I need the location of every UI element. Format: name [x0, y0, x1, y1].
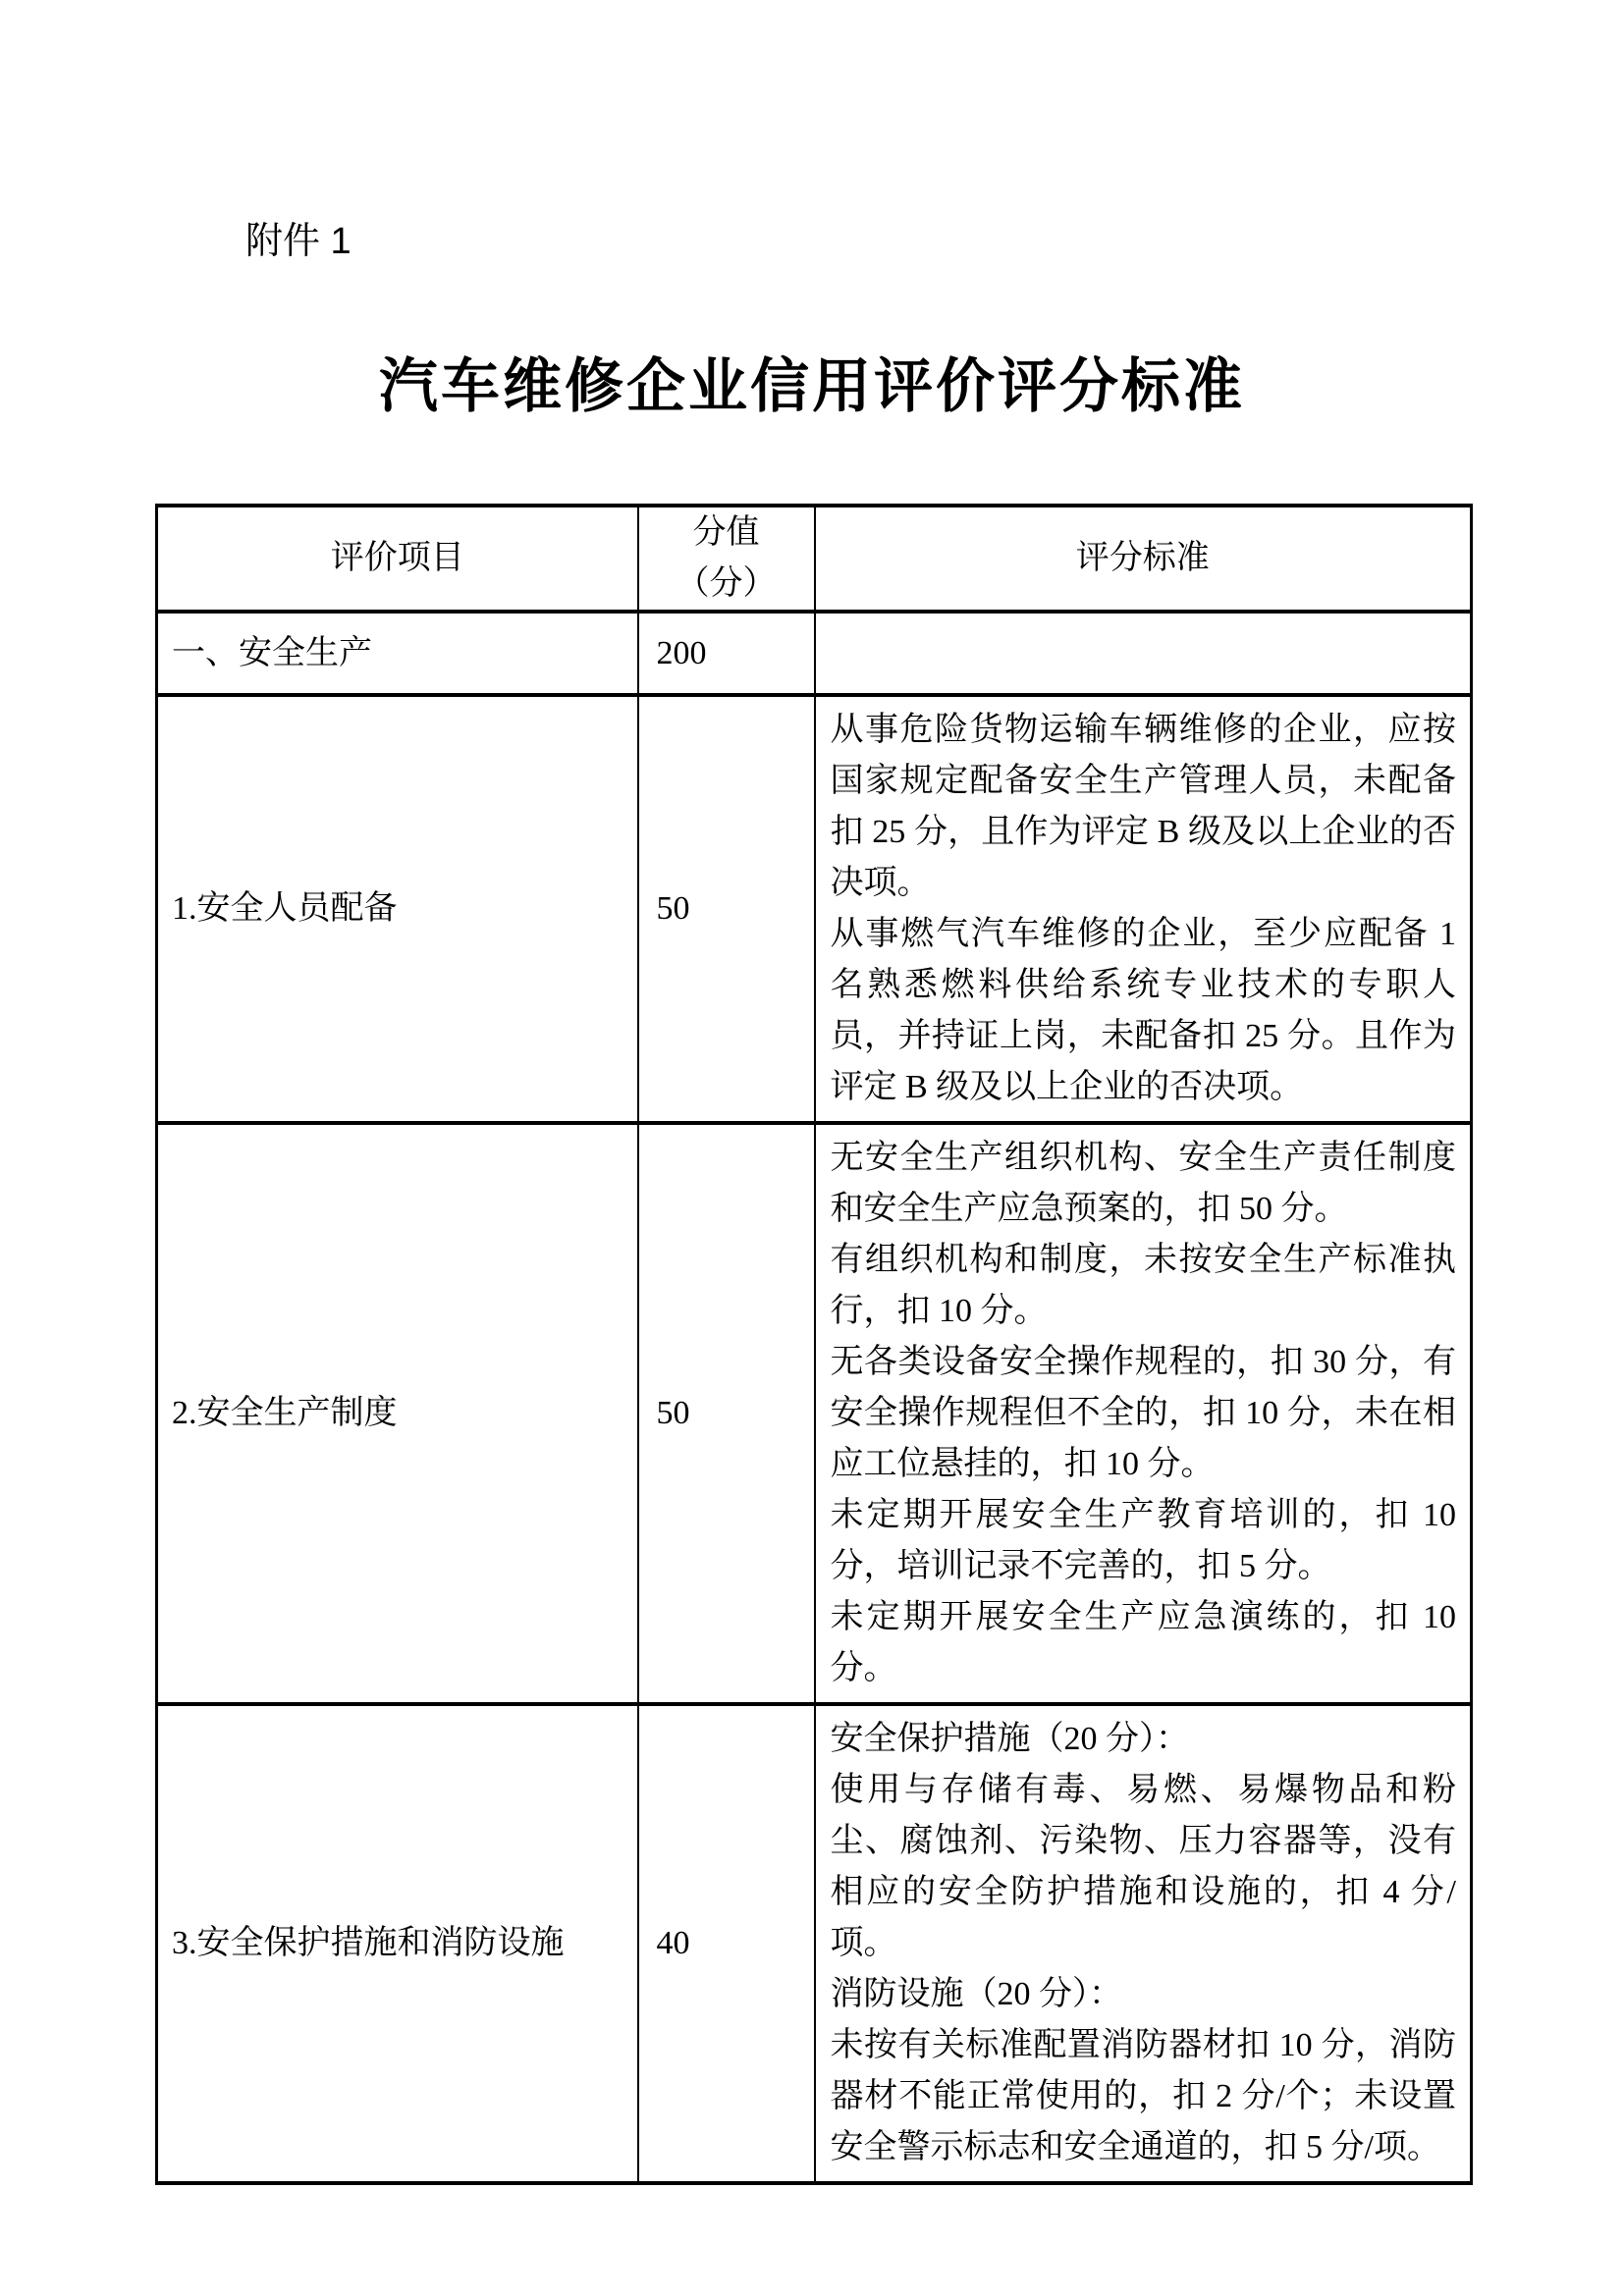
standard-text: 安全保护措施（20 分）： 使用与存储有毒、易燃、易爆物品和粉尘、腐蚀剂、污染物… [815, 1704, 1472, 2183]
table-header-row: 评价项目 分值 （分） 评分标准 [157, 506, 1472, 612]
score-value: 50 [638, 1123, 815, 1704]
column-header-evaluation-item: 评价项目 [157, 506, 638, 612]
standard-text: 从事危险货物运输车辆维修的企业，应按国家规定配备安全生产管理人员，未配备扣 25… [815, 695, 1472, 1123]
column-header-score: 分值 （分） [638, 506, 815, 612]
score-value: 40 [638, 1704, 815, 2183]
page-title: 汽车维修企业信用评价评分标准 [0, 344, 1624, 430]
item-safety-personnel: 1.安全人员配备 [157, 695, 638, 1123]
table-row: 2.安全生产制度 50 无安全生产组织机构、安全生产责任制度和安全生产应急预案的… [157, 1123, 1472, 1704]
standard-text [815, 612, 1472, 695]
table-row: 1.安全人员配备 50 从事危险货物运输车辆维修的企业，应按国家规定配备安全生产… [157, 695, 1472, 1123]
item-safety-production-system: 2.安全生产制度 [157, 1123, 638, 1704]
column-header-scoring-standard: 评分标准 [815, 506, 1472, 612]
score-value: 200 [638, 612, 815, 695]
item-category-safety-production: 一、安全生产 [157, 612, 638, 695]
table-row: 一、安全生产 200 [157, 612, 1472, 695]
table-row: 3.安全保护措施和消防设施 40 安全保护措施（20 分）： 使用与存储有毒、易… [157, 1704, 1472, 2183]
item-safety-protection-fire-facilities: 3.安全保护措施和消防设施 [157, 1704, 638, 2183]
attachment-label: 附件 1 [245, 216, 352, 267]
document-page: 附件 1 汽车维修企业信用评价评分标准 评价项目 分值 （分） 评分标准 一、安… [0, 0, 1624, 2296]
standard-text: 无安全生产组织机构、安全生产责任制度和安全生产应急预案的，扣 50 分。 有组织… [815, 1123, 1472, 1704]
score-value: 50 [638, 695, 815, 1123]
scoring-standards-table: 评价项目 分值 （分） 评分标准 一、安全生产 200 1.安全人员配备 50 … [155, 504, 1473, 2185]
